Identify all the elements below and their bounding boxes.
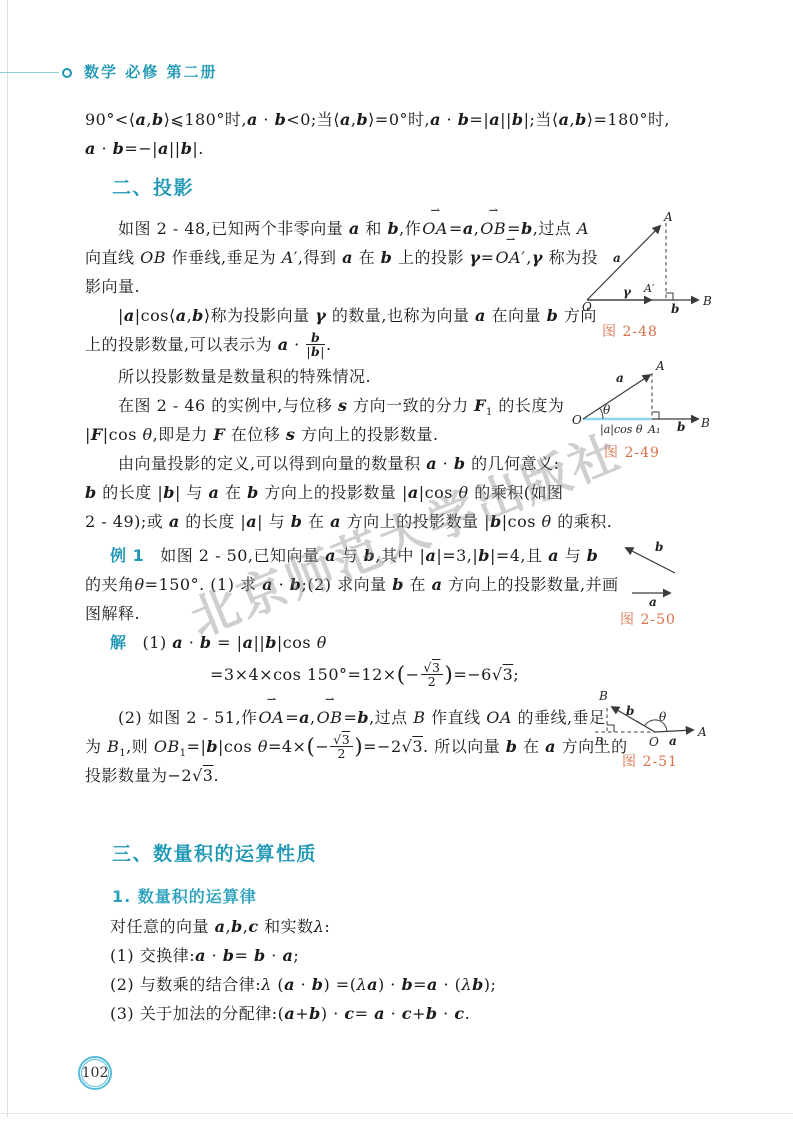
figure-2-50: b a 图 2-50: [608, 535, 713, 629]
fig51-label-a: a: [669, 734, 677, 748]
fig49-label-projection: |a|cos θ: [600, 423, 643, 437]
intro-line: 90°<⟨a,b⟩⩽180°时,a · b<0;当⟨a,b⟩=0°时,a · b…: [85, 105, 730, 134]
fig49-label-B: B: [700, 416, 710, 430]
fig51-label-B: B: [598, 689, 608, 703]
example-text: 如图 2 - 50,已知向量 a 与 b,其中 |a|=3,|b|=4,且 a …: [160, 546, 598, 565]
fig51-label-theta: θ: [659, 710, 667, 724]
figure-2-49: O A B a b θ A₁ |a|cos θ 图 2-49: [570, 358, 712, 462]
property-item: (3) 关于加法的分配律:(a+b) · c= a · c+b · c.: [85, 999, 730, 1028]
fig48-label-gamma: γ: [623, 285, 632, 299]
figure-2-51-caption: 图 2-51: [622, 751, 710, 771]
page-header: 数学 必修 第二册: [0, 60, 793, 84]
fig49-label-O: O: [572, 413, 582, 427]
section-heading-projection: 二、投影: [112, 175, 730, 201]
header-rule: [0, 72, 59, 73]
figure-2-50-diagram: b a: [608, 535, 713, 607]
solution-first-line: 解(1) a · b = |a||b|cos θ: [85, 628, 730, 657]
page-edge-bottom: [0, 1113, 793, 1114]
fig49-label-b: b: [677, 420, 685, 434]
book-title: 数学 必修 第二册: [84, 61, 217, 82]
section-heading-properties: 三、数量积的运算性质: [112, 840, 730, 868]
figure-2-48-diagram: O A B a b γ A′: [582, 212, 714, 317]
fig51-label-B1: B₁: [594, 735, 608, 748]
fig48-label-A-prime: A′: [643, 282, 655, 295]
subsection-heading-laws: 1. 数量积的运算律: [112, 885, 730, 908]
solution-text: (1) a · b = |a||b|cos θ: [143, 633, 327, 652]
fig49-label-theta: θ: [603, 403, 611, 417]
figure-2-51-diagram: B B₁ O A b a θ: [585, 688, 710, 750]
figure-2-49-diagram: O A B a b θ A₁ |a|cos θ: [570, 358, 712, 438]
figure-2-48: O A B a b γ A′ 图 2-48: [582, 212, 714, 341]
solution-label: 解: [110, 633, 127, 652]
text-line: 对任意的向量 a,b,c 和实数λ:: [85, 912, 730, 941]
property-item: (2) 与数乘的结合律:λ (a · b) =(λa) · b=a · (λb)…: [85, 970, 730, 999]
fig49-label-a: a: [616, 371, 624, 385]
fig48-label-B: B: [702, 294, 712, 308]
fig48-label-a: a: [613, 251, 621, 265]
fig48-label-O: O: [582, 300, 592, 314]
fig49-label-A1: A₁: [647, 423, 660, 436]
text-line: 2 - 49);或 a 的长度 |a| 与 b 在 a 方向上的投影数量 |b|…: [85, 507, 730, 536]
fig48-label-A: A: [663, 212, 673, 224]
fig51-label-A: A: [697, 725, 707, 739]
fig51-label-b: b: [626, 704, 634, 718]
fig51-label-O: O: [649, 735, 659, 749]
page-number: 102: [81, 1059, 109, 1087]
text-line: b 的长度 |b| 与 a 在 b 方向上的投影数量 |a|cos θ 的乘积(…: [85, 478, 730, 507]
property-item: (1) 交换律:a · b= b · a;: [85, 941, 730, 970]
figure-2-49-caption: 图 2-49: [604, 442, 712, 462]
header-dot-icon: [62, 68, 72, 78]
page-edge-left: [7, 0, 8, 1117]
figure-2-50-caption: 图 2-50: [620, 609, 713, 629]
page-number-badge: 102: [78, 1056, 112, 1090]
fig48-label-b: b: [671, 302, 679, 316]
intro-line: a · b=−|a||b|.: [85, 134, 730, 163]
figure-2-48-caption: 图 2-48: [602, 321, 714, 341]
fig50-label-b: b: [655, 540, 663, 554]
example-label: 例 1: [110, 546, 144, 565]
fig50-label-a: a: [649, 595, 657, 607]
figure-2-51: B B₁ O A b a θ 图 2-51: [585, 688, 710, 771]
fig49-label-A: A: [655, 359, 665, 373]
